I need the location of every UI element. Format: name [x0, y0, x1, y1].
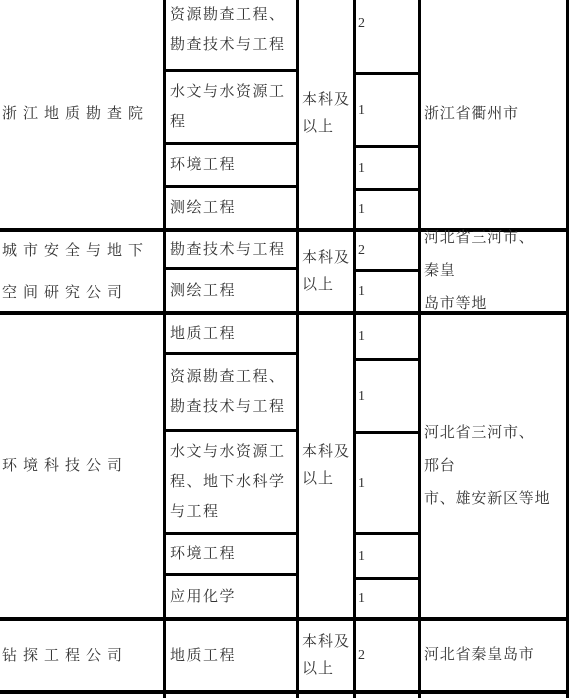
major-cell: 测绘工程 [170, 188, 294, 228]
headcount-cell: 1 [358, 535, 416, 577]
major-cell: 测绘工程 [170, 270, 294, 311]
headcount-cell: 2 [358, 621, 416, 690]
grid-vline-education-count [353, 0, 356, 698]
org-cell: 城市安全与地下 空间研究公司 [2, 232, 161, 311]
grid-vline-major-education [296, 0, 299, 698]
org-cell: 钻探工程公司 [2, 621, 161, 690]
major-cell: 资源勘查工程、 勘查技术与工程 [170, 355, 294, 429]
location-cell: 河北省三河市、邢台 市、雄安新区等地 [424, 315, 566, 617]
education-cell: 本科及 以上 [302, 621, 352, 690]
grid-hline-block4-next [0, 690, 569, 694]
education-cell: 本科及 以上 [302, 0, 352, 228]
headcount-cell: 1 [358, 315, 416, 358]
education-cell: 本科及 以上 [302, 315, 352, 617]
org-cell: 浙江地质勘查院 [2, 0, 161, 228]
location-cell: 浙江省衢州市 [424, 0, 566, 228]
major-cell: 地质工程 [170, 315, 294, 352]
major-cell: 资源勘查工程、 勘查技术与工程 [170, 0, 294, 69]
recruitment-table: 浙江地质勘查院 资源勘查工程、 勘查技术与工程 水文与水资源工 程 环境工程 测… [0, 0, 575, 698]
headcount-cell: 2 [358, 232, 416, 269]
org-cell: 环境科技公司 [2, 315, 161, 617]
major-cell: 环境工程 [170, 535, 294, 573]
major-cell: 勘查技术与工程 [170, 232, 294, 267]
major-cell: 环境工程 [170, 145, 294, 185]
headcount-cell: 2 [358, 0, 416, 87]
headcount-cell: 1 [358, 148, 416, 188]
location-cell: 河北省三河市、秦皇 岛市等地 [424, 232, 566, 311]
major-cell: 应用化学 [170, 576, 294, 617]
location-cell: 河北省秦皇岛市 [424, 621, 566, 690]
grid-vline-org-major [163, 0, 166, 698]
grid-vline-count-location [418, 0, 421, 698]
headcount-cell: 1 [358, 580, 416, 617]
grid-vline-right-border [566, 0, 569, 698]
major-cell: 水文与水资源工 程、地下水科学 与工程 [170, 432, 294, 532]
headcount-cell: 1 [358, 75, 416, 145]
major-cell: 水文与水资源工 程 [170, 72, 294, 142]
major-cell: 地质工程 [170, 621, 294, 690]
headcount-cell: 1 [358, 272, 416, 311]
headcount-cell: 1 [358, 434, 416, 532]
headcount-cell: 1 [358, 361, 416, 431]
education-cell: 本科及 以上 [302, 232, 352, 311]
headcount-cell: 1 [358, 191, 416, 228]
